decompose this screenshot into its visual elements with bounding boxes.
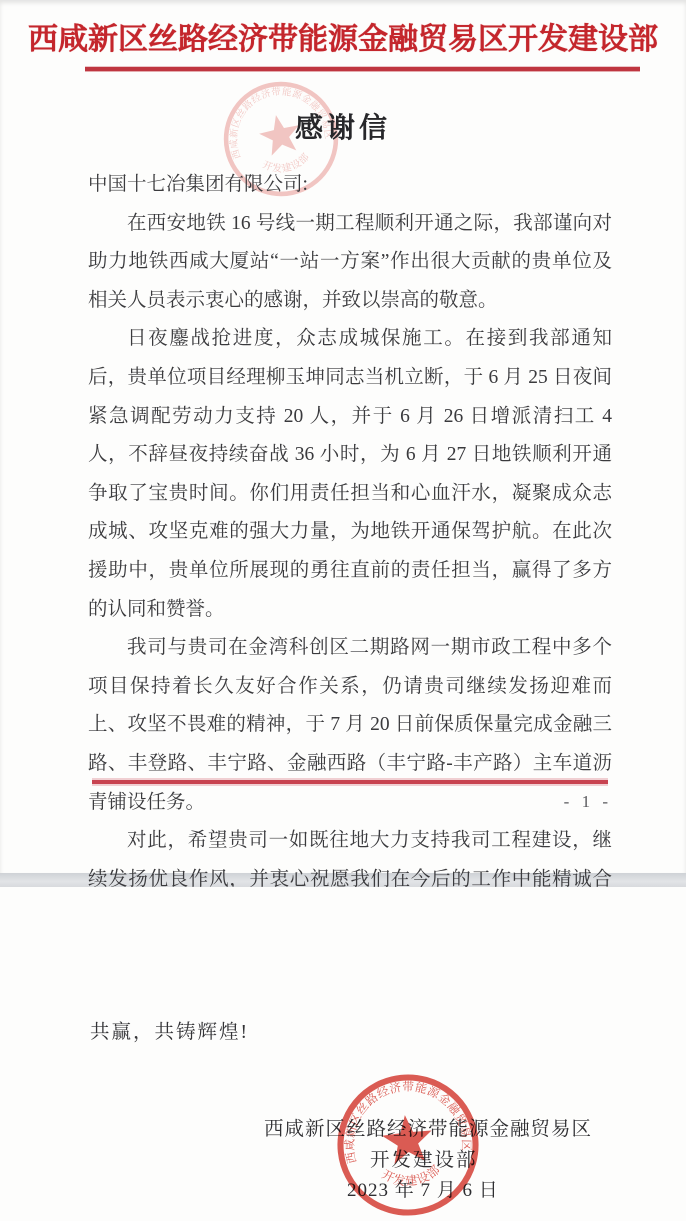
footer-divider-line bbox=[92, 780, 608, 784]
paragraph-2: 日夜鏖战抢进度，众志成城保施工。在接到我部通知后，贵单位项目经理柳玉坤同志当机立… bbox=[88, 320, 612, 629]
recipient-line: 中国十七冶集团有限公司: bbox=[88, 166, 612, 205]
scanned-document: 西咸新区丝路经济带能源金融贸易区开发建设部 西咸新区丝路经济带能源金融贸易区 开… bbox=[0, 0, 686, 1221]
letter-page-1: 西咸新区丝路经济带能源金融贸易区开发建设部 西咸新区丝路经济带能源金融贸易区 开… bbox=[0, 0, 686, 873]
letter-title: 感谢信 bbox=[0, 106, 686, 146]
signature-org-line-2: 开发建设部 bbox=[370, 1144, 478, 1172]
paragraph-3: 我司与贵司在金湾科创区二期路网一期市政工程中多个项目保持着长久友好合作关系，仍请… bbox=[88, 629, 612, 822]
signature-org-line-1: 西咸新区丝路经济带能源金融贸易区 bbox=[264, 1113, 592, 1141]
screenshot-root: { "page1": { "header": "西咸新区丝路经济带能源金融贸易区… bbox=[0, 0, 686, 1221]
letterhead-org-name: 西咸新区丝路经济带能源金融贸易区开发建设部 bbox=[0, 14, 686, 58]
closing-line: 共赢，共铸辉煌! bbox=[90, 1016, 249, 1044]
paragraph-1: 在西安地铁 16 号线一期工程顺利开通之际，我部谨向对助力地铁西咸大厦站“一站一… bbox=[88, 205, 612, 321]
signature-date: 2023 年 7 月 6 日 bbox=[347, 1175, 499, 1202]
letterhead-divider-line bbox=[85, 67, 640, 71]
letter-page-2: 共赢，共铸辉煌! 西咸新区丝路经济带能源金融贸易区 开发建设部 2023 年 7… bbox=[0, 887, 686, 1221]
letter-body: 中国十七冶集团有限公司: 在西安地铁 16 号线一期工程顺利开通之际，我部谨向对… bbox=[88, 166, 612, 938]
page-number: - 1 - bbox=[564, 792, 612, 812]
